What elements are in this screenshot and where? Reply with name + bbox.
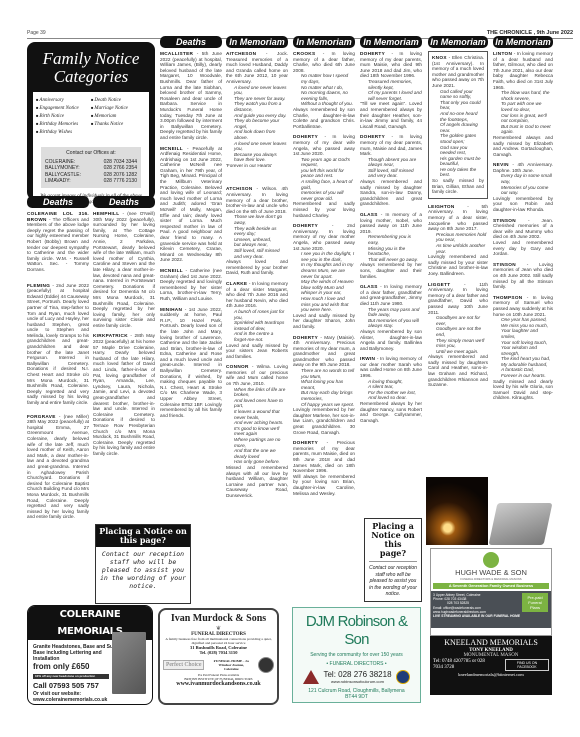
- notice-verse: Goodbyes are not for ever, Goodbyes are …: [428, 315, 488, 354]
- notice-name: DOHERTY: [360, 134, 385, 139]
- deaths-column-2: Deaths HEMPHILL - (nee O'Neill) 30th May…: [93, 196, 155, 462]
- placing-notice-box-large: Placing a Notice on this page? Contact o…: [95, 524, 191, 604]
- notice-signoff: Always remembered by son Charlie, daught…: [293, 107, 355, 129]
- ad-djm-robinson: DJM Robinson & Son Serving the community…: [292, 607, 421, 703]
- notice-verse: Two years ago at God's request, you left…: [293, 157, 355, 202]
- notice-verse: One year has passed, We miss you so much…: [493, 317, 553, 379]
- memoriam-banner: In Memoriam: [293, 36, 355, 48]
- notice-name: LIGGETT: [428, 282, 450, 287]
- notice-verse: Every day in some small way, Memories of…: [493, 173, 553, 195]
- notice-name: DOHERTY: [293, 440, 318, 445]
- ad-title: Ivan Murdock & Sons: [163, 613, 274, 625]
- notice-verse: Though absent you are always near, Still…: [360, 157, 422, 179]
- notice-name: AITCHESON: [226, 51, 256, 56]
- notice-verse: A loving thought, A silent tear, For the…: [360, 379, 422, 401]
- bifd-crest-icon: [258, 657, 274, 673]
- contact-heading: Contact our Offices at:: [45, 150, 137, 157]
- memoriam-banner: In Memoriam: [493, 36, 553, 48]
- ad-strip: 10% off any new headstone on production: [33, 674, 109, 679]
- headstone-image: [112, 632, 146, 694]
- death-notice: MINIHAN - 1st June 2022, suddenly at hom…: [160, 307, 222, 419]
- notice-text: - Catherine (nee Graham) died 1st June 2…: [160, 268, 222, 301]
- memoriam-column-2: In Memoriam CROOKS - In loving memory of…: [293, 36, 355, 501]
- notice-name: LEIGHTON: [428, 204, 455, 209]
- notice-signoff: Lovingly remembered and sadly missed by …: [428, 254, 488, 276]
- ad-service: • FUNERAL DIRECTORS •: [293, 661, 420, 667]
- notice-signoff: Sadly missed and dearly loved by his wif…: [493, 379, 553, 401]
- notice-text: - 28th May 2022 (peacefully) at his home…: [93, 333, 155, 455]
- facebook-link[interactable]: FIND US ON FACEBOOK: [505, 659, 549, 671]
- notice-signoff: Always remembered and sadly missed by da…: [360, 179, 422, 207]
- ad-line: Granite Headstones, Base and Sub Base in…: [33, 644, 118, 662]
- ad-subtitle: FUNERAL DIRECTORS & MEMORIAL MASONS: [431, 577, 551, 581]
- memoriam-notice: LEIGHTON - 5th Anniversary. In loving me…: [428, 204, 488, 277]
- notice-name: DOHERTY: [293, 335, 318, 340]
- deaths-column-1: Deaths COLERAINE LOL 316. BROWN - The Of…: [27, 196, 89, 525]
- memoriam-notice: CROOKS - In loving memory of a dear fath…: [293, 51, 355, 129]
- notice-signoff: Lovingly remembered by her daughter Marl…: [293, 407, 355, 435]
- memoriam-notice: DOHERTY - Precious memories of my dear p…: [293, 440, 355, 496]
- fnc-title-line1: Family Notice: [27, 50, 155, 68]
- notice-name: GLASS: [360, 284, 378, 289]
- notice-text: - 11th Anniversary. In loving memory of …: [428, 282, 488, 315]
- memoriam-notice: THOMPSON - In loving memory of Samuel wh…: [493, 295, 553, 401]
- notice-name: LINTON: [493, 51, 512, 56]
- notice-name: KNOX: [432, 55, 447, 60]
- death-notice: FORGRAVE - (nee Miller) 28th May 2022 (p…: [27, 414, 89, 520]
- category-list: Anniversary Death Notice Engagement Noti…: [33, 92, 149, 140]
- memoriam-banner: In Memoriam: [226, 36, 288, 48]
- masonic-emblem-icon: [303, 670, 319, 684]
- memoriam-notice: DOHERTY - In loving memory of my dear pa…: [360, 51, 422, 129]
- ad-website-link[interactable]: www.ivanmurdockandsons.co.uk: [163, 681, 274, 687]
- notice-verse: The blow was hard, the shock severe, To …: [493, 90, 553, 135]
- notice-verse: God called your name so softly, That onl…: [432, 89, 484, 179]
- perfect-choice-badge: Perfect Choice: [163, 660, 204, 670]
- notice-text: - 1st June 2022, suddenly at home, Paul …: [160, 307, 222, 418]
- ad-title: KNEELAND MEMORIALS: [430, 638, 552, 648]
- notice-name: ATCHISON: [226, 186, 253, 191]
- notice-verse: No matter how I spend my days, No matter…: [293, 73, 355, 107]
- notice-name: FORGRAVE: [27, 414, 56, 419]
- hw-logo-icon: [483, 552, 499, 568]
- ornament-icon: ❦: [163, 625, 274, 632]
- notice-name: DOHERTY: [293, 134, 318, 139]
- memoriam-notice: DOHERTY - Mary (Maisie). 4th Anniversary…: [293, 335, 355, 436]
- bible-photo: [489, 503, 553, 545]
- ad-title: DJM Robinson & Son: [293, 613, 420, 649]
- deaths-banner: Deaths: [27, 196, 89, 208]
- notice-signoff: Loved and sadly missed by her daughter S…: [293, 313, 355, 330]
- candle-photo: [426, 477, 488, 545]
- notice-text: - Jock. Treasured memories of a much lov…: [226, 51, 288, 84]
- ad-tagline: Serving the community for over 150 years: [293, 652, 420, 658]
- ad-coleraine-memorials: COLERAINE MEMORIALS Granite Headstones, …: [27, 605, 153, 705]
- facebook-label: FIND US ON FACEBOOK: [517, 661, 537, 669]
- placing-body: Contact our reception staff who will be …: [365, 562, 421, 601]
- contact-offices: Contact our Offices at: COLERAINE:028 70…: [33, 140, 149, 192]
- category-item: Birthday Wishes: [36, 128, 91, 136]
- notice-name: DOHERTY: [293, 223, 318, 228]
- memoriam-notice: CONNOR - Wilma. Loving memories of our p…: [226, 364, 288, 498]
- office-row: LIMAVADY:028 7776 2130: [45, 178, 137, 185]
- notice-verse: There are no words to tell you Mum, What…: [293, 368, 355, 407]
- notice-signoff: Lovingly remembered by your son Robin an…: [493, 196, 553, 213]
- death-notice: HEMPHILL - (nee O'Neill) 30th May 2022 (…: [93, 211, 155, 328]
- deaths-banner: Deaths: [93, 196, 155, 208]
- notice-text: - The Officers and Members of the above …: [27, 217, 89, 272]
- memoriam-column-4: In Memoriam KNOX - Ellen Christina. (1st…: [428, 36, 488, 393]
- death-notice: COLERAINE LOL 316. BROWN - The Officers …: [27, 211, 89, 273]
- memoriam-notice: IRWIN - In loving memory of our dear mot…: [360, 356, 422, 423]
- notice-signoff: Loved and remembered every day by Gary a…: [493, 240, 553, 257]
- notice-signoff: Always loved and remembered by your brot…: [226, 259, 288, 276]
- memoriam-notice: STINSON - Jean. Cherished memories of a …: [493, 218, 553, 257]
- category-item: Thanks Notice: [91, 120, 146, 128]
- memoriam-notice: CLARKE - In loving memory of a dear sist…: [226, 281, 288, 359]
- notice-text: - Mary (Maisie). 4th Anniversary. Precio…: [293, 335, 355, 368]
- ad-email[interactable]: kneelandmemorials@btinternet.com: [430, 672, 552, 677]
- notice-verse: A loved one never leaves you, They are n…: [226, 85, 288, 163]
- crest-icon: [396, 670, 410, 684]
- memoriam-notice: GLASS - In memory of a loving mother, Is…: [360, 212, 422, 279]
- notice-verse: Treasured memories, silently kept, Of my…: [360, 79, 422, 101]
- placing-body: Contact our reception staff who will be …: [96, 547, 190, 593]
- notice-text: - In loving memory of a dear husband and…: [493, 51, 553, 90]
- notice-signoff: Always remembered by son Alister, daught…: [360, 329, 422, 351]
- notice-name: IRWIN: [360, 356, 375, 361]
- ad-ivan-murdock: Ivan Murdock & Sons ❦ FUNERAL DIRECTORS …: [158, 608, 279, 705]
- memoriam-notice: ATCHISON - Wilson. 4th Anniversary. In l…: [226, 186, 288, 276]
- memoriam-notice: DOHERTY - In loving memory of my dear pa…: [360, 134, 422, 207]
- deaths-banner: Deaths: [160, 36, 222, 48]
- memoriam-notice: GLASS - In loving memory of a dear fathe…: [360, 284, 422, 351]
- memoriam-notice: NEVIN - 4th Anniversary. Daphne. 10th Ju…: [493, 162, 553, 212]
- office-name: LIMAVADY:: [45, 178, 71, 185]
- ad-website-link[interactable]: www.colerainememorials.co.uk: [33, 697, 147, 703]
- notice-name: FLEMING: [27, 283, 50, 288]
- category-item: Marriage Notice: [91, 104, 146, 112]
- notice-verse: I see you in the daylight, I see you in …: [293, 251, 355, 313]
- notice-text: - Peacefully at Ardfenaig Residential Ho…: [160, 146, 222, 263]
- notice-name: MCNEILL: [160, 268, 183, 273]
- prepaid-badge: Pre-paid Funeral Plans: [522, 593, 548, 612]
- memoriam-column-5: In Memoriam LINTON - In loving memory of…: [493, 36, 553, 406]
- memoriam-banner: In Memoriam: [428, 36, 488, 48]
- ad-kneeland-memorials: KNEELAND MEMORIALS TONY KNEELAND MONUMEN…: [430, 636, 552, 695]
- notice-name: NEVIN: [493, 162, 509, 167]
- notice-signoff: 'Forever in our Hearts': [226, 163, 288, 169]
- ad-title: HUGH WADE & SON: [431, 569, 551, 577]
- notice-name: DOHERTY: [360, 51, 385, 56]
- ad-funeral-home: FUNERAL HOME - 2a Windsor Avenue, Colera…: [212, 659, 250, 671]
- memoriam-notice-boxed: KNOX - Ellen Christina. (1st Anniversary…: [428, 51, 488, 199]
- notice-name: STINSON: [493, 262, 516, 267]
- notice-signoff: Loved and sadly missed by your sisters J…: [226, 343, 288, 360]
- memoriam-banner: In Memoriam: [360, 36, 422, 48]
- notice-signoff: Remembered always and sadly missed by El…: [493, 135, 553, 157]
- notice-signoff: "Till we meet again". Loved and remember…: [360, 101, 422, 129]
- notice-name: MINIHAN: [160, 307, 182, 312]
- placing-heading: Placing a Notice on this page?: [96, 525, 190, 547]
- ad-desc: A family business free from all multinat…: [163, 637, 274, 645]
- notice-name: CLARKE: [226, 281, 247, 286]
- notice-name: HEMPHILL: [93, 211, 119, 216]
- placing-heading: Placing a Notice on this page?: [369, 519, 417, 562]
- notice-signoff: Remembered always by her daughter Nancy,…: [360, 401, 422, 423]
- notice-verse: When the links of life are broken, And l…: [226, 387, 288, 465]
- notice-signoff: So sadly missed by Brian, Gillian, Ethan…: [432, 178, 484, 195]
- category-item: Engagement Notice: [36, 104, 91, 112]
- notice-text: - Ellen Christina. (1st Anniversary). In…: [432, 55, 484, 88]
- death-notice: MCNEILL - Peacefully at Ardfenaig Reside…: [160, 146, 222, 263]
- notice-verse: Remembering you is easy, Missing you is …: [360, 234, 422, 262]
- notice-name: MCNEILL: [160, 146, 183, 151]
- hw-contact-panel: 3 Upper Abbey Street, Coleraine Phone: 0…: [431, 591, 551, 628]
- memoriam-notice: LIGGETT - 11th Anniversary. In loving me…: [428, 282, 488, 388]
- notice-text: - Precious memories of my dear parents, …: [293, 440, 355, 473]
- death-notice: FLEMING - 2nd June 2022 (peacefully) at …: [27, 283, 89, 406]
- notice-text: - 2nd June 2022 (peacefully) at hospital…: [27, 283, 89, 405]
- category-item: Birth Notice: [36, 112, 91, 120]
- notice-name: CONNOR: [226, 364, 249, 369]
- notice-name: STINSON: [493, 218, 516, 223]
- category-item: Death Notice: [91, 96, 146, 104]
- notice-verse: Those we love don't go away, They walk b…: [226, 214, 288, 259]
- memoriam-column-3: In Memoriam DOHERTY - In loving memory o…: [360, 36, 422, 428]
- category-item: Birthday Memories: [36, 120, 91, 128]
- memoriam-notice: STINSON - Loving memories of Jean who di…: [493, 262, 553, 290]
- death-notice: KIRKPATRICK - 28th May 2022 (peacefully)…: [93, 333, 155, 456]
- notice-name: KIRKPATRICK: [93, 333, 128, 338]
- ad-live: LIVE STREAMING AVAILABLE IN OUR FUNERAL …: [433, 614, 549, 618]
- notice-verse: Precious memories hold you near, As time…: [428, 232, 488, 254]
- notice-name: MCALLISTER: [160, 51, 193, 56]
- notice-signoff: Will always be remembered by your loving…: [293, 474, 355, 496]
- ad-phone: Tel: 0748 4207785 or 028 7034 3728: [433, 659, 495, 671]
- notice-text: - (nee Miller) 28th May 2022 (peacefully…: [27, 414, 89, 520]
- notice-text: - (nee O'Neill) 30th May 2022 (peacefull…: [93, 211, 155, 328]
- office-phone: 028 7776 2130: [104, 178, 137, 185]
- ad-address: 121 Culcrum Road, Cloughmills, Ballymena…: [293, 688, 420, 700]
- fnc-title-line2: Categories: [27, 68, 155, 86]
- memoriam-column-1: In Memoriam AITCHESON - Jock. Treasured …: [226, 36, 288, 504]
- notice-name: CROOKS: [293, 51, 315, 56]
- notice-signoff: Missed and remembered always with all ou…: [226, 465, 288, 499]
- ad-phone: Tel: 028 276 38218: [323, 670, 391, 679]
- ad-phone: Tel. (028) 7034 3150: [163, 650, 274, 655]
- memoriam-notice: DOHERTY - In loving memory of my dear wi…: [293, 134, 355, 218]
- category-item: Anniversary: [36, 96, 91, 104]
- death-notice: MCNEILL - Catherine (nee Graham) died 1s…: [160, 268, 222, 302]
- deaths-column-3: Deaths MCALLISTER - 5th June 2022 (peace…: [160, 36, 222, 423]
- notice-signoff: Always remembered and sadly missed by da…: [428, 354, 488, 388]
- placing-notice-box-small: Placing a Notice on this page? Contact o…: [364, 518, 422, 602]
- ad-banner: A Seventh Generation Family Owned Busine…: [433, 583, 549, 589]
- category-item: Memoriam: [91, 112, 146, 120]
- death-notice: MCALLISTER - 5th June 2022 (peacefully) …: [160, 51, 222, 141]
- ad-hugh-wade: HUGH WADE & SON FUNERAL DIRECTORS & MEMO…: [430, 548, 552, 636]
- ad-website-link[interactable]: www.robinsonsofculcrum.com: [323, 679, 391, 684]
- notice-name: GLASS: [360, 212, 378, 217]
- notice-signoff: Remembered and sadly missed by your lovi…: [293, 201, 355, 218]
- memoriam-notice: DOHERTY - 2nd Anniversary. In loving mem…: [293, 223, 355, 329]
- fnc-title: Family Notice Categories: [27, 50, 155, 86]
- notice-name: THOMPSON: [493, 295, 522, 300]
- notice-text: - 5th June 2022 (peacefully) at hospital…: [160, 51, 222, 140]
- memoriam-notice: AITCHESON - Jock. Treasured memories of …: [226, 51, 288, 168]
- family-notice-categories: Family Notice Categories Anniversary Dea…: [27, 42, 155, 200]
- memoriam-notice: LINTON - In loving memory of a dear husb…: [493, 51, 553, 157]
- notice-verse: The years may pass and fade away, But me…: [360, 307, 422, 329]
- notice-verse: A bunch of roses just for you, Sprinkled…: [226, 309, 288, 343]
- notice-signoff: Always remembered by her sons, daughter …: [360, 262, 422, 279]
